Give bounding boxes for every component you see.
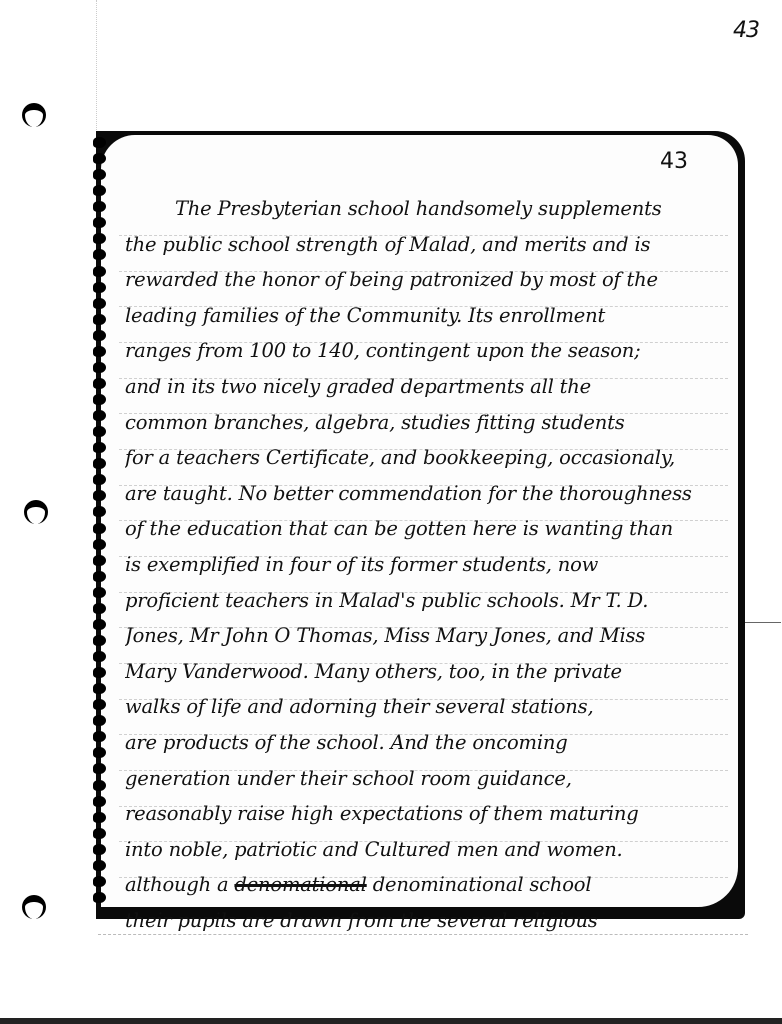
hole-punch-middle-icon [24,500,48,524]
spiral-coil-icon [93,249,106,260]
inner-page-number: 43 [660,149,688,174]
text-line: proficient teachers in Malad's public sc… [125,583,724,619]
spiral-coil-icon [93,635,106,646]
text-line: rewarded the honor of being patronized b… [125,262,724,298]
spiral-coil-icon [93,828,106,839]
text-line: leading families of the Community. Its e… [125,298,724,334]
notebook-paper: 43 The Presbyterian school handsomely su… [101,135,738,907]
text-line: common branches, algebra, studies fittin… [125,405,724,441]
spiral-coil-icon [93,458,106,469]
text-line: is exemplified in four of its former stu… [125,547,724,583]
text-line: for a teachers Certificate, and bookkeep… [125,440,724,476]
spiral-coil-icon [93,474,106,485]
scan-bottom-edge [0,1018,782,1024]
spiral-coil-icon [93,812,106,823]
text-line: The Presbyterian school handsomely suppl… [125,191,724,227]
spiral-coil-icon [93,763,106,774]
spiral-coil-icon [93,362,106,373]
hole-punch-top-icon [22,103,46,127]
spiral-coil-icon [93,410,106,421]
text-line: ranges from 100 to 140, contingent upon … [125,333,724,369]
spiral-coil-icon [93,796,106,807]
spiral-coil-icon [93,169,106,180]
text-fragment: denominational school [367,873,592,896]
spiral-coil-icon [93,539,106,550]
spiral-coil-icon [93,201,106,212]
spiral-coil-icon [93,699,106,710]
spiral-coil-icon [93,876,106,887]
text-line: into noble, patriotic and Cultured men a… [125,832,724,868]
spiral-coil-icon [93,185,106,196]
spiral-coil-icon [93,217,106,228]
spiral-binding [93,137,109,903]
spiral-coil-icon [93,298,106,309]
spiral-coil-icon [93,651,106,662]
text-line: the public school strength of Malad, and… [125,227,724,263]
margin-tick-mark [745,622,781,623]
spiral-coil-icon [93,490,106,501]
spiral-coil-icon [93,860,106,871]
spiral-coil-icon [93,780,106,791]
spiral-coil-icon [93,506,106,517]
spiral-coil-icon [93,715,106,726]
text-line: are products of the school. And the onco… [125,725,724,761]
text-line: Mary Vanderwood. Many others, too, in th… [125,654,724,690]
spiral-coil-icon [93,378,106,389]
spiral-coil-icon [93,233,106,244]
hole-punch-bottom-icon [22,895,46,919]
spiral-coil-icon [93,330,106,341]
text-fragment: although a [125,873,234,896]
text-line: Jones, Mr John O Thomas, Miss Mary Jones… [125,618,724,654]
bottom-dashed-edge [98,934,748,935]
text-line: of the education that can be gotten here… [125,511,724,547]
spiral-coil-icon [93,346,106,357]
spiral-coil-icon [93,587,106,598]
spiral-coil-icon [93,731,106,742]
spiral-coil-icon [93,844,106,855]
spiral-coil-icon [93,571,106,582]
spiral-coil-icon [93,153,106,164]
spiral-coil-icon [93,137,106,148]
text-line: reasonably raise high expectations of th… [125,796,724,832]
text-line: walks of life and adorning their several… [125,689,724,725]
text-line: and in its two nicely graded departments… [125,369,724,405]
spiral-coil-icon [93,314,106,325]
struck-out-word: denomational [234,873,366,896]
spiral-coil-icon [93,747,106,758]
handwritten-text: The Presbyterian school handsomely suppl… [125,191,724,938]
spiral-coil-icon [93,266,106,277]
text-line: generation under their school room guida… [125,761,724,797]
spiral-coil-icon [93,667,106,678]
spiral-coil-icon [93,892,106,903]
text-line: are taught. No better commendation for t… [125,476,724,512]
text-line-with-strikethrough: although a denomational denominational s… [125,867,724,903]
spiral-coil-icon [93,619,106,630]
spiral-coil-icon [93,394,106,405]
spiral-coil-icon [93,683,106,694]
spiral-coil-icon [93,426,106,437]
faint-underlying-sheet [96,0,747,132]
spiral-coil-icon [93,555,106,566]
spiral-coil-icon [93,442,106,453]
spiral-coil-icon [93,603,106,614]
spiral-coil-icon [93,282,106,293]
notebook-page: 43 The Presbyterian school handsomely su… [93,131,745,919]
spiral-coil-icon [93,523,106,534]
